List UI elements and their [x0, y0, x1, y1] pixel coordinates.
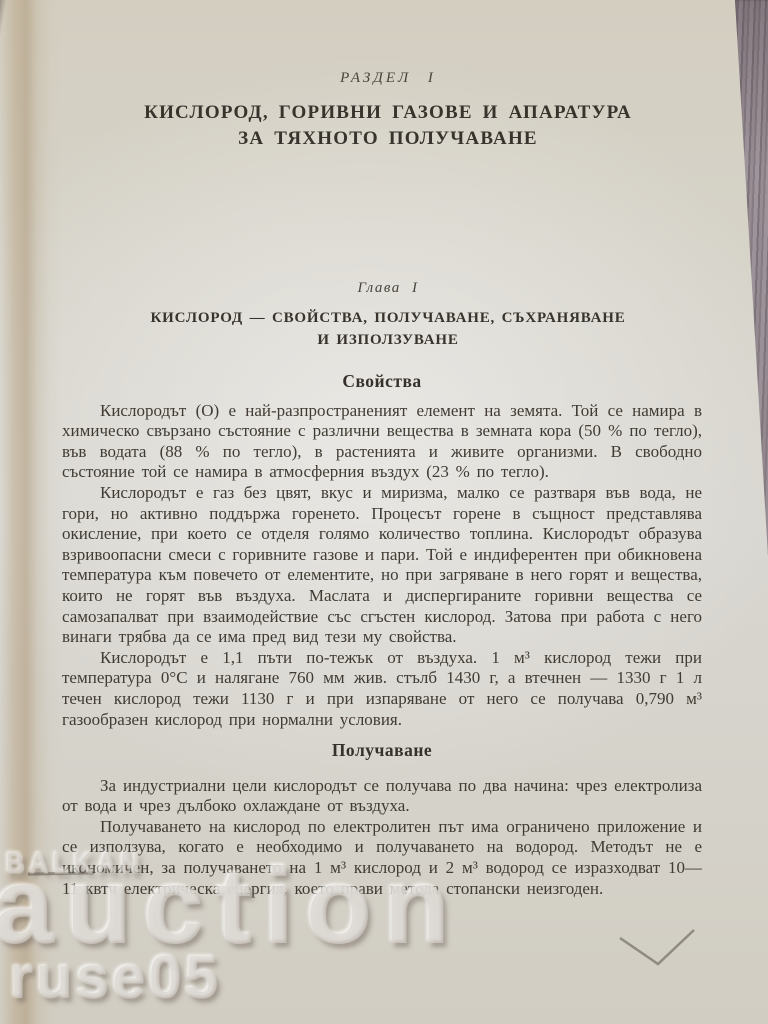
book-section-title: КИСЛОРОД, ГОРИВНИ ГАЗОВЕ И АПАРАТУРА ЗА …	[20, 100, 756, 152]
chapter-title-line1: КИСЛОРОД — СВОЙСТВА, ПОЛУЧАВАНЕ, СЪХРАНЯ…	[20, 307, 756, 329]
pencil-check-mark	[618, 926, 698, 971]
paragraph: Кислородът е 1,1 пъти по-тежък от въздух…	[62, 648, 702, 730]
paragraph: Кислородът е газ без цвят, вкус и миризм…	[62, 483, 702, 648]
section-heading-production: Получаване	[62, 740, 702, 761]
book-page-photo: РАЗДЕЛ I КИСЛОРОД, ГОРИВНИ ГАЗОВЕ И АПАР…	[0, 0, 768, 1024]
section-heading-properties: Свойства	[62, 371, 702, 392]
section-label: РАЗДЕЛ I	[20, 70, 756, 87]
chapter-label: Глава I	[20, 280, 756, 297]
paragraph: За индустриални цели кислородът се получ…	[62, 776, 702, 817]
body-text: Свойства Кислородът (О) е най-разпростра…	[62, 371, 702, 899]
chapter-title-line2: И ИЗПОЛЗУВАНЕ	[20, 329, 756, 351]
book-section-title-line2: ЗА ТЯХНОТО ПОЛУЧАВАНЕ	[20, 126, 756, 152]
chapter-title: КИСЛОРОД — СВОЙСТВА, ПОЛУЧАВАНЕ, СЪХРАНЯ…	[20, 307, 756, 351]
watermark-ruse05: ruse05	[10, 948, 221, 1008]
paragraph: Кислородът (О) е най-разпространеният ел…	[62, 401, 702, 483]
book-section-title-line1: КИСЛОРОД, ГОРИВНИ ГАЗОВЕ И АПАРАТУРА	[20, 100, 756, 126]
